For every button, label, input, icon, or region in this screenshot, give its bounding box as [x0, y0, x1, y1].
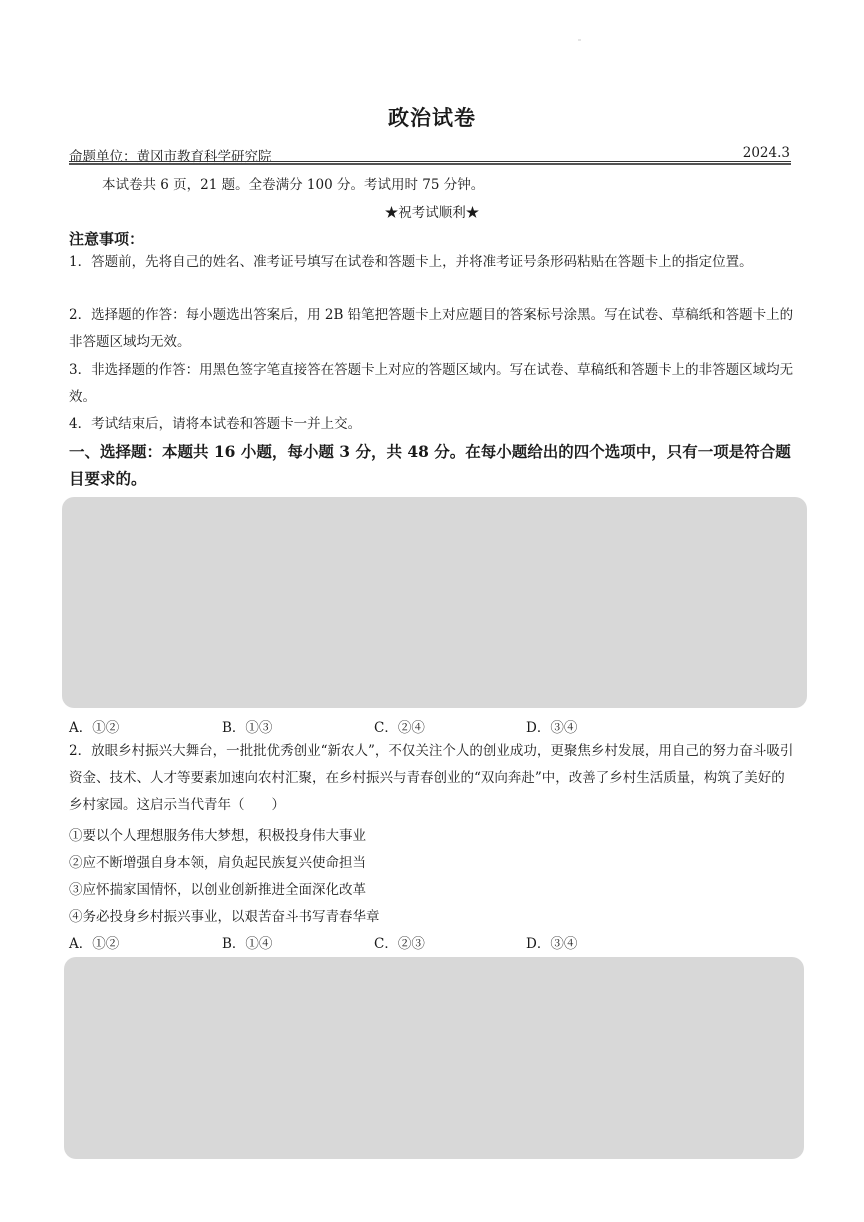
question-1-options: A．①② B．①③ C．②④ D．③④ — [69, 716, 797, 736]
exam-intro: 本试卷共 6 页，21 题。全卷满分 100 分。考试用时 75 分钟。 — [102, 173, 484, 193]
redacted-question-3-block — [64, 957, 804, 1159]
redacted-question-1-block — [62, 497, 807, 708]
q2-statement-1: ①要以个人理想服务伟大梦想，积极投身伟大事业 — [69, 824, 366, 844]
q1-option-b[interactable]: B．①③ — [222, 716, 272, 736]
q1-option-a[interactable]: A．①② — [69, 716, 119, 736]
q1-option-c[interactable]: C．②④ — [374, 716, 425, 736]
note-item-2: 2．选择题的作答：每小题选出答案后，用 2B 铅笔把答题卡上对应题目的答案标号涂… — [69, 302, 797, 356]
q2-statement-4: ④务必投身乡村振兴事业，以艰苦奋斗书写青春华章 — [69, 905, 380, 925]
section-heading-choice: 一、选择题：本题共 16 小题，每小题 3 分，共 48 分。在每小题给出的四个… — [69, 438, 797, 492]
q2-statement-3: ③应怀揣家国情怀，以创业创新推进全面深化改革 — [69, 878, 366, 898]
q2-option-b[interactable]: B．①④ — [222, 932, 272, 952]
note-item-3: 3．非选择题的作答：用黑色签字笔直接答在答题卡上对应的答题区域内。写在试卷、草稿… — [69, 357, 797, 411]
q2-option-a[interactable]: A．①② — [69, 932, 119, 952]
note-item-4: 4．考试结束后，请将本试卷和答题卡一并上交。 — [69, 411, 797, 438]
note-item-1: 1．答题前，先将自己的姓名、准考证号填写在试卷和答题卡上，并将准考证号条形码粘贴… — [69, 249, 797, 276]
scan-mark — [578, 39, 581, 41]
q2-option-c[interactable]: C．②③ — [374, 932, 425, 952]
page-title: 政治试卷 — [0, 102, 864, 132]
q2-option-d[interactable]: D．③④ — [526, 932, 577, 952]
q2-statement-2: ②应不断增强自身本领，肩负起民族复兴使命担当 — [69, 851, 366, 871]
q1-option-d[interactable]: D．③④ — [526, 716, 577, 736]
header-divider — [69, 161, 791, 165]
exam-date: 2024.3 — [743, 145, 790, 161]
question-2-stem: 2．放眼乡村振兴大舞台，一批批优秀创业“新农人”，不仅关注个人的创业成功，更聚焦… — [69, 738, 797, 819]
question-2-options: A．①② B．①④ C．②③ D．③④ — [69, 932, 797, 952]
notes-heading: 注意事项： — [69, 228, 144, 249]
good-luck-line: ★祝考试顺利★ — [0, 201, 864, 221]
